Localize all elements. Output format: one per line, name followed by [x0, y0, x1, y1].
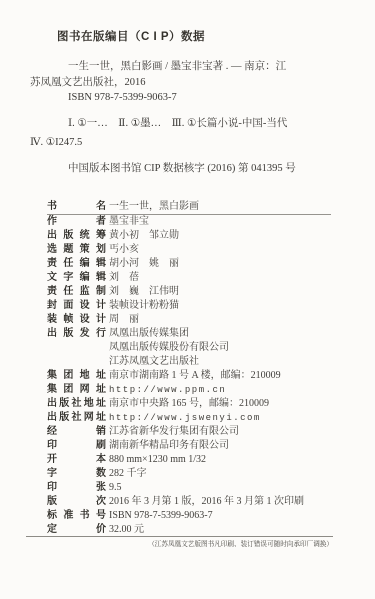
- colophon-row-value: 32.00 元: [109, 523, 331, 537]
- colophon-row-label: 开本: [47, 453, 106, 467]
- cip-entry-line2: 苏凤凰文艺出版社，2016: [30, 75, 342, 91]
- colophon-row-label: 选题策划: [47, 243, 106, 257]
- colophon-row-label: 封面设计: [47, 299, 106, 313]
- colophon-row: 印张 9.5: [47, 481, 331, 495]
- colophon-row-value: 装帧设计粉粉猫: [109, 299, 331, 313]
- colophon-row-value: 9.5: [109, 481, 331, 495]
- colophon-row-value: 墨宝非宝: [109, 215, 331, 229]
- colophon-row-value: 南京市中央路 165 号，邮编：210009: [109, 397, 331, 411]
- colophon-row-value: 江苏凤凰文艺出版社: [109, 355, 331, 369]
- cip-entry-block: 一生一世，黑白影画 / 墨宝非宝著 . — 南京：江 苏凤凰文艺出版社，2016…: [30, 59, 342, 106]
- colophon-row-label: 经销: [47, 425, 106, 439]
- colophon-row-value: 湖南新华精品印务有限公司: [109, 439, 331, 453]
- colophon-row: 责任编辑 胡小河 姚 丽: [47, 257, 331, 271]
- colophon-row-label: 字数: [47, 467, 106, 481]
- colophon-row: 定价 32.00 元: [47, 523, 331, 537]
- colophon-row-value: 周 丽: [109, 313, 331, 327]
- colophon-row-value: 刘 巍 江伟明: [109, 285, 331, 299]
- cip-isbn-line: ISBN 978-7-5399-9063-7: [30, 90, 342, 106]
- cip-classification-line2: Ⅳ. ①I247.5: [30, 133, 345, 152]
- cip-entry-line1: 一生一世，黑白影画 / 墨宝非宝著 . — 南京：江: [30, 59, 342, 75]
- colophon-row-value: 黄小初 邹立勋: [109, 229, 331, 243]
- colophon-row: 出版社地址 南京市中央路 165 号，邮编：210009: [47, 397, 331, 411]
- colophon-row-value: 282 千字: [109, 467, 331, 481]
- colophon-row: 封面设计 装帧设计粉粉猫: [47, 299, 331, 313]
- colophon-row-label: 定价: [47, 523, 106, 537]
- colophon-row: 版次 2016 年 3 月第 1 版，2016 年 3 月第 1 次印刷: [47, 495, 331, 509]
- colophon-row-label: 出版统筹: [47, 229, 106, 243]
- colophon-row: 出版发行 凤凰出版传媒集团: [47, 327, 331, 341]
- colophon-table: 书名 一生一世，黑白影画 作者 墨宝非宝 出版统筹 黄小初 邹立勋 选题策划 丐…: [47, 200, 331, 537]
- colophon-row: 书名 一生一世，黑白影画: [47, 200, 331, 215]
- colophon-row-label: 版次: [47, 495, 106, 509]
- colophon-row-value: 2016 年 3 月第 1 版，2016 年 3 月第 1 次印刷: [109, 495, 331, 509]
- footer-note: （江苏凤凰文艺版图书凡印刷、装订错误可随时向承印厂调换）: [148, 538, 333, 548]
- colophon-row-label: 印张: [47, 481, 106, 495]
- colophon-row: 选题策划 丐小亥: [47, 243, 331, 257]
- colophon-row: 集团地址 南京市湖南路 1 号 A 楼，邮编：210009: [47, 369, 331, 383]
- colophon-row-label: 出版发行: [47, 327, 106, 341]
- bottom-divider: [26, 536, 333, 537]
- colophon-row: 作者 墨宝非宝: [47, 215, 331, 229]
- colophon-row-label: 作者: [47, 215, 106, 229]
- colophon-row: 装帧设计 周 丽: [47, 313, 331, 327]
- colophon-row-value: 江苏省新华发行集团有限公司: [109, 425, 331, 439]
- colophon-row-label: 出版社地址: [47, 397, 106, 411]
- copyright-page: 图书在版编目（C I P）数据 一生一世，黑白影画 / 墨宝非宝著 . — 南京…: [0, 0, 375, 599]
- colophon-row: 出版统筹 黄小初 邹立勋: [47, 229, 331, 243]
- colophon-row-value: 刘 蓓: [109, 271, 331, 285]
- colophon-row-value: 丐小亥: [109, 243, 331, 257]
- colophon-row-label: 文字编辑: [47, 271, 106, 285]
- colophon-row-value: 880 mm×1230 mm 1/32: [109, 453, 331, 467]
- colophon-row-label: 印刷: [47, 439, 106, 453]
- colophon-row-value: 凤凰出版传媒股份有限公司: [109, 341, 331, 355]
- colophon-row: 出版社网址 http://www.jswenyi.com: [47, 411, 331, 425]
- colophon-row-label: 责任监制: [47, 285, 106, 299]
- colophon-row-value: http://www.ppm.cn: [109, 383, 331, 397]
- colophon-row-value: 胡小河 姚 丽: [109, 257, 331, 271]
- colophon-row-value: ISBN 978-7-5399-9063-7: [109, 509, 331, 523]
- colophon-row: 开本 880 mm×1230 mm 1/32: [47, 453, 331, 467]
- colophon-row: 责任监制 刘 巍 江伟明: [47, 285, 331, 299]
- colophon-row: 集团网址 http://www.ppm.cn: [47, 383, 331, 397]
- colophon-row: 印刷 湖南新华精品印务有限公司: [47, 439, 331, 453]
- colophon-row: 字数 282 千字: [47, 467, 331, 481]
- colophon-row: 文字编辑 刘 蓓: [47, 271, 331, 285]
- colophon-row-value: http://www.jswenyi.com: [109, 411, 331, 425]
- colophon-row-label: 责任编辑: [47, 257, 106, 271]
- cip-classification-block: Ⅰ. ①一… Ⅱ. ①墨… Ⅲ. ①长篇小说-中国-当代 Ⅳ. ①I247.5: [30, 114, 345, 152]
- colophon-row-label: 装帧设计: [47, 313, 106, 327]
- cip-classification-line1: Ⅰ. ①一… Ⅱ. ①墨… Ⅲ. ①长篇小说-中国-当代: [30, 114, 345, 133]
- colophon-row-label: 出版社网址: [47, 411, 106, 425]
- colophon-row-value: 南京市湖南路 1 号 A 楼，邮编：210009: [109, 369, 331, 383]
- colophon-row-label: 标准书号: [47, 509, 106, 523]
- colophon-row-value: 凤凰出版传媒集团: [109, 327, 331, 341]
- colophon-row-continuation: 凤凰出版传媒股份有限公司: [47, 341, 331, 355]
- cip-record-number: 中国版本图书馆 CIP 数据核字 (2016) 第 041395 号: [68, 160, 296, 175]
- colophon-row-label: 书名: [47, 200, 106, 214]
- colophon-row-value: 一生一世，黑白影画: [109, 200, 331, 214]
- colophon-row-continuation: 江苏凤凰文艺出版社: [47, 355, 331, 369]
- colophon-row: 标准书号 ISBN 978-7-5399-9063-7: [47, 509, 331, 523]
- colophon-row-label: 集团网址: [47, 383, 106, 397]
- colophon-row-label: 集团地址: [47, 369, 106, 383]
- colophon-row: 经销 江苏省新华发行集团有限公司: [47, 425, 331, 439]
- cip-section-title: 图书在版编目（C I P）数据: [57, 28, 205, 44]
